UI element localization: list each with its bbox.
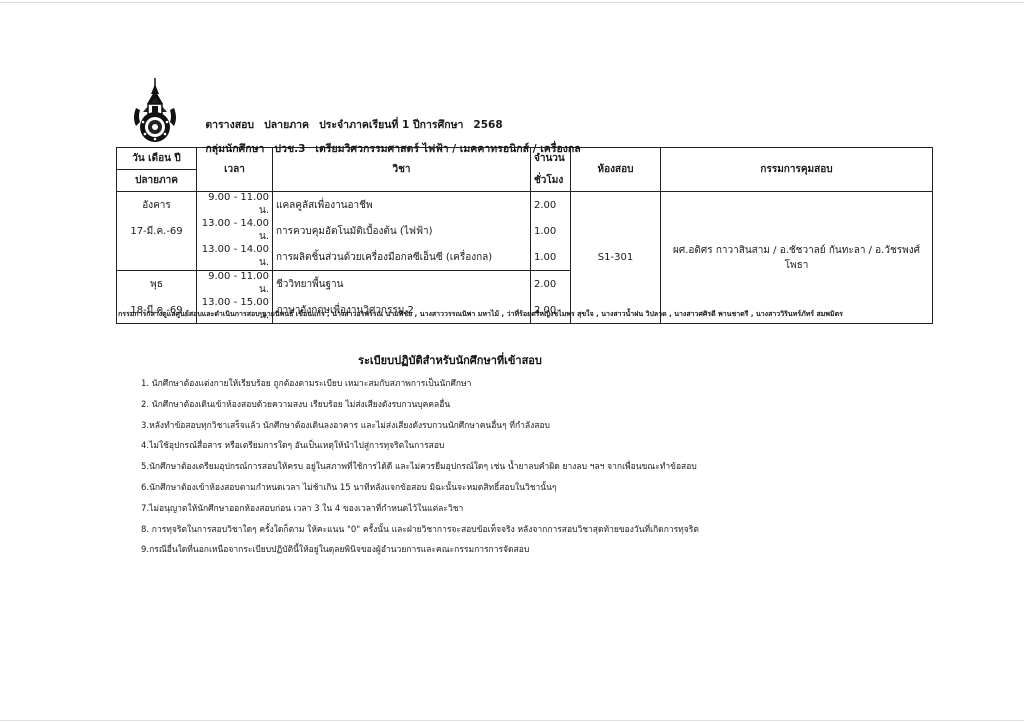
day-cell [117, 244, 197, 271]
page-edge-bottom [0, 720, 1024, 721]
exam-schedule-table: วัน เดือน ปี เวลา วิชา จำนวน ห้องสอบ กรร… [116, 147, 933, 324]
hours-cell: 1.00 [531, 218, 571, 244]
hours-cell: 1.00 [531, 244, 571, 271]
room-cell: S1-301 [571, 192, 661, 324]
header-date-exam: ปลายภาค [117, 170, 197, 192]
time-cell: 13.00 - 14.00 น. [197, 218, 273, 244]
rule-item: 4.ไม่ใช้อุปกรณ์สื่อสาร หรือเตรียมการใดๆ … [141, 438, 699, 459]
rule-item: 7.ไม่อนุญาตให้นักศึกษาออกห้องสอบก่อน เวล… [141, 501, 699, 522]
university-emblem-icon [132, 78, 178, 144]
subject-cell: แคลคูลัสเพื่องานอาชีพ [273, 192, 531, 219]
header-hours-unit: ชั่วโมง [531, 170, 571, 192]
rule-item: 3.หลังทำข้อสอบทุกวิชาเสร็จแล้ว นักศึกษาต… [141, 418, 699, 439]
time-cell: 9.00 - 11.00 น. [197, 192, 273, 219]
header-time: เวลา [197, 148, 273, 192]
time-cell: 9.00 - 11.00 น. [197, 271, 273, 298]
rule-item: 6.นักศึกษาต้องเข้าห้องสอบตามกำหนดเวลา ไม… [141, 480, 699, 501]
rules-list: 1. นักศึกษาต้องแต่งกายให้เรียบร้อย ถูกต้… [141, 376, 699, 563]
rule-item: 5.นักศึกษาต้องเตรียมอุปกรณ์การสอบให้ครบ … [141, 459, 699, 480]
header-subject: วิชา [273, 148, 531, 192]
header-room: ห้องสอบ [571, 148, 661, 192]
time-cell: 13.00 - 14.00 น. [197, 244, 273, 271]
proctors-cell: ผศ.อดิศร กาวาสินสาม / อ.ชัชวาลย์ กันทะลา… [661, 192, 933, 324]
hours-cell: 2.00 [531, 192, 571, 219]
header-proctors: กรรมการคุมสอบ [661, 148, 933, 192]
subject-cell: การควบคุมอัตโนมัติเบื้องต้น (ไฟฟ้า) [273, 218, 531, 244]
subject-cell: การผลิตชิ้นส่วนด้วยเครื่องมือกลซีเอ็นซี … [273, 244, 531, 271]
day-cell: 17-มี.ค.-69 [117, 218, 197, 244]
subject-cell: ชีววิทยาพื้นฐาน [273, 271, 531, 298]
header-hours: จำนวน [531, 148, 571, 170]
rule-item: 1. นักศึกษาต้องแต่งกายให้เรียบร้อย ถูกต้… [141, 376, 699, 397]
central-committee-note: กรรมการกลางดูแลศูนย์สอบและดำเนินการสอบ น… [118, 309, 843, 320]
day-cell: พุธ [117, 271, 197, 298]
page-edge-top [0, 2, 1024, 3]
hours-cell: 2.00 [531, 271, 571, 298]
rule-item: 9.กรณีอื่นใดที่นอกเหนือจากระเบียบปฏิบัติ… [141, 542, 699, 563]
rule-item: 2. นักศึกษาต้องเดินเข้าห้องสอบด้วยความสง… [141, 397, 699, 418]
rule-item: 8. การทุจริตในการสอบวิชาใดๆ ครั้งใดก็ตาม… [141, 522, 699, 543]
rules-title: ระเบียบปฏิบัติสำหรับนักศึกษาที่เข้าสอบ [0, 351, 900, 369]
day-cell: อังคาร [117, 192, 197, 219]
header-date: วัน เดือน ปี [117, 148, 197, 170]
table-row: อังคาร 9.00 - 11.00 น. แคลคูลัสเพื่องานอ… [117, 192, 933, 219]
